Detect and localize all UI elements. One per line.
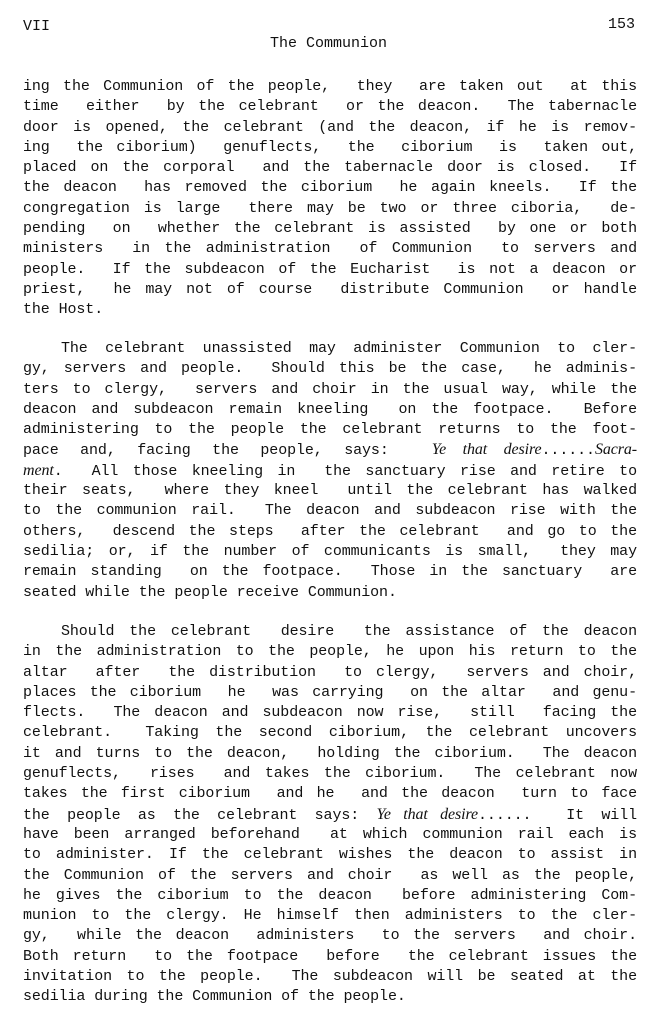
text-line: congregation is large there may be two o… xyxy=(23,199,637,219)
paragraph-3: Should the celebrant desire the assistan… xyxy=(23,622,637,1008)
text-line: invitation to the people. The subdeacon … xyxy=(23,967,637,987)
text-line: deacon and subdeacon remain kneeling on … xyxy=(23,400,637,420)
text-line: The celebrant unassisted may administer … xyxy=(23,339,637,359)
text-line: the people as the celebrant says: Ye tha… xyxy=(23,805,637,825)
page-number: 153 xyxy=(608,16,635,34)
text-line: in the administration to the people, he … xyxy=(23,642,637,662)
text-line: sedilia; or, if the number of communican… xyxy=(23,542,637,562)
text-line: Should the celebrant desire the assistan… xyxy=(23,622,637,642)
text-line: time either by the celebrant or the deac… xyxy=(23,97,637,117)
paragraph-2: The celebrant unassisted may administer … xyxy=(23,339,637,603)
text-line: genuflects, rises and takes the ciborium… xyxy=(23,764,637,784)
text-line: gy, while the deacon administers to the … xyxy=(23,926,637,946)
text-line: their seats, where they kneel until the … xyxy=(23,481,637,501)
italic-quote: Ye that desire xyxy=(432,441,542,458)
text-line: celebrant. Taking the second ciborium, t… xyxy=(23,723,637,743)
paragraph-1: ing the Communion of the people, they ar… xyxy=(23,77,637,321)
text-line: munion to the clergy. He himself then ad… xyxy=(23,906,637,926)
text-line: takes the first ciborium and he and the … xyxy=(23,784,637,804)
text-line: placed on the corporal and the tabernacl… xyxy=(23,158,637,178)
text-line: places the ciborium he was carrying on t… xyxy=(23,683,637,703)
text-line: pace and, facing the people, says: Ye th… xyxy=(23,440,637,460)
text-line: Both return to the footpace before the c… xyxy=(23,947,637,967)
text-line: remain standing on the footpace. Those i… xyxy=(23,562,637,582)
text-line: the deacon has removed the ciborium he a… xyxy=(23,178,637,198)
text-line: flects. The deacon and subdeacon now ris… xyxy=(23,703,637,723)
text-line: seated while the people receive Communio… xyxy=(23,583,637,603)
text-line: to the communion rail. The deacon and su… xyxy=(23,501,637,521)
text-line: administering to the people the celebran… xyxy=(23,420,637,440)
text-line: others, descend the steps after the cele… xyxy=(23,522,637,542)
text-line: the Communion of the servers and choir a… xyxy=(23,866,637,886)
text-line: he gives the ciborium to the deacon befo… xyxy=(23,886,637,906)
text-line: priest, he may not of course distribute … xyxy=(23,280,637,300)
text-line: the Host. xyxy=(23,300,637,320)
text-line: ment. All those kneeling in the sanctuar… xyxy=(23,461,637,481)
text-line: sedilia during the Communion of the peop… xyxy=(23,987,637,1007)
running-title: The Communion xyxy=(0,35,657,53)
text-line: ing the ciborium) genuflects, the cibori… xyxy=(23,138,637,158)
text-line: pending on whether the celebrant is assi… xyxy=(23,219,637,239)
italic-quote: Ye that desire xyxy=(377,806,479,823)
text-line: door is opened, the celebrant (and the d… xyxy=(23,118,637,138)
text-line: to administer. If the celebrant wishes t… xyxy=(23,845,637,865)
text-line: have been arranged beforehand at which c… xyxy=(23,825,637,845)
text-line: ing the Communion of the people, they ar… xyxy=(23,77,637,97)
italic-quote: ment xyxy=(23,462,54,479)
text-line: altar after the distribution to clergy, … xyxy=(23,663,637,683)
text-line: people. If the subdeacon of the Eucharis… xyxy=(23,260,637,280)
text-line: it and turns to the deacon, holding the … xyxy=(23,744,637,764)
text-line: gy, servers and people. Should this be t… xyxy=(23,359,637,379)
text-line: ministers in the administration of Commu… xyxy=(23,239,637,259)
text-line: ters to clergy, servers and choir in the… xyxy=(23,380,637,400)
chapter-number: VII xyxy=(23,18,50,36)
italic-quote: Sacra- xyxy=(595,441,637,458)
